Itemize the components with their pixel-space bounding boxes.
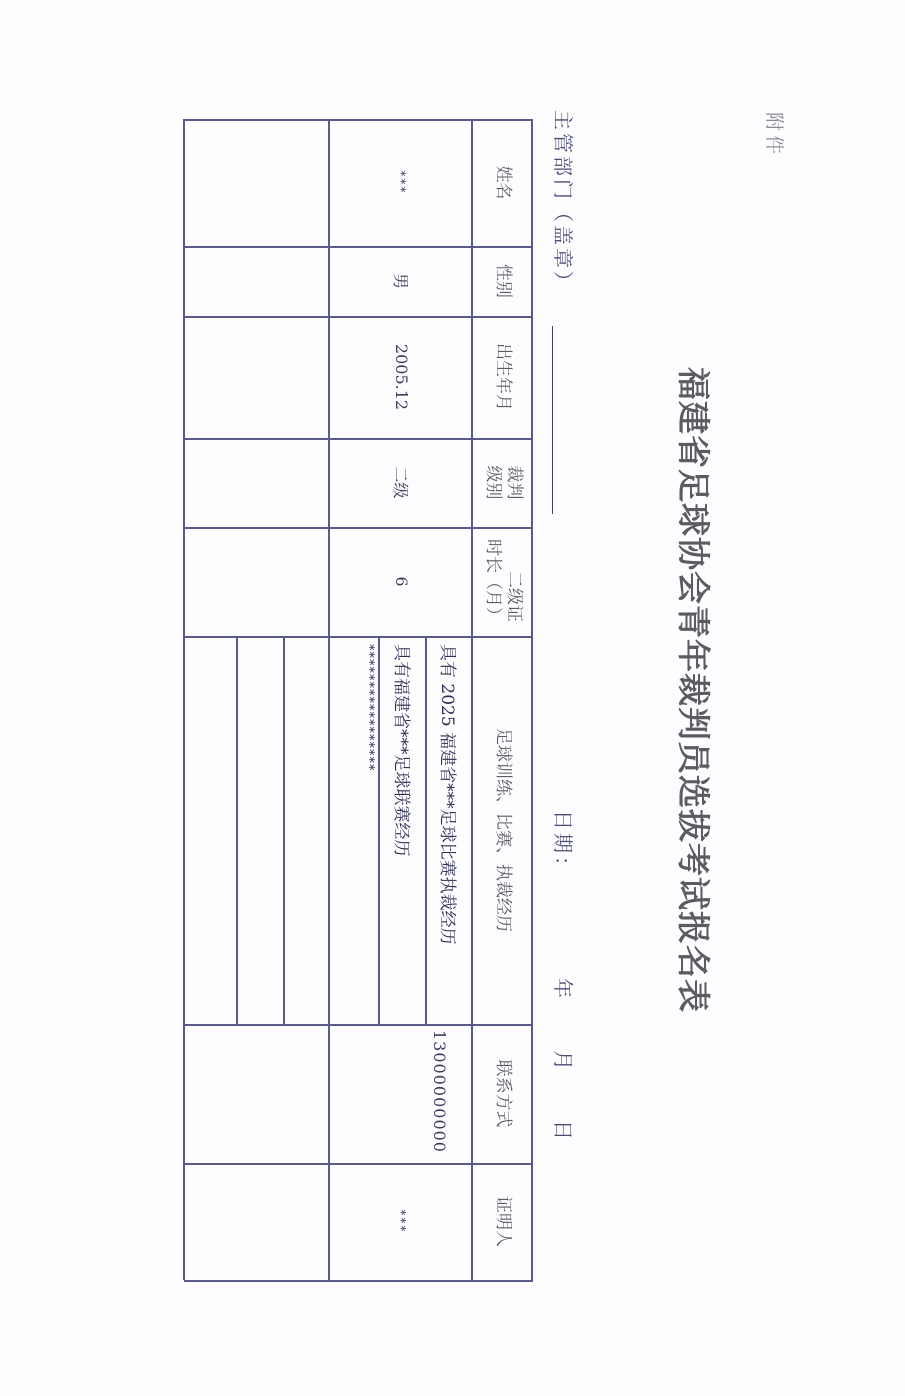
header-duration-line2: 时长（月） [482, 539, 503, 624]
cell-name[interactable] [185, 119, 330, 246]
experience-line[interactable] [238, 636, 285, 1024]
header-gender: 性别 [473, 246, 533, 316]
registration-form-page: 附件 福建省足球协会青年裁判员选拔考试报名表 主管部门（盖章） 日期： 年 月 … [0, 0, 905, 1396]
header-duration-line1: 二级证 [503, 571, 524, 622]
experience-line[interactable]: ***************** [350, 636, 380, 1024]
cell-gender[interactable]: 男 [330, 246, 473, 316]
header-level-line1: 裁判 [503, 466, 524, 500]
cell-birth[interactable]: 2005.12 [330, 316, 473, 438]
header-name: 姓名 [473, 119, 533, 246]
cell-duration[interactable]: 6 [330, 527, 473, 636]
experience-line[interactable] [285, 636, 330, 1024]
cell-contact[interactable]: 13000000000 [330, 1024, 473, 1163]
header-duration: 二级证 时长（月） [473, 527, 533, 636]
table-border [184, 1280, 533, 1282]
department-signature-line[interactable] [552, 326, 553, 514]
experience-line[interactable] [185, 636, 238, 1024]
header-experience: 足球训练、比赛、执裁经历 [473, 636, 533, 1024]
header-witness: 证明人 [473, 1163, 533, 1280]
cell-duration[interactable] [185, 527, 330, 636]
header-birth: 出生年月 [473, 316, 533, 438]
header-contact: 联系方式 [473, 1024, 533, 1163]
page-title: 福建省足球协会青年裁判员选拔考试报名表 [672, 340, 719, 1040]
cell-level[interactable] [185, 438, 330, 527]
cell-level[interactable]: 二级 [330, 438, 473, 527]
attachment-label: 附件 [762, 112, 789, 158]
date-label: 日期： [550, 810, 579, 879]
cell-witness[interactable] [185, 1163, 330, 1280]
cell-witness[interactable]: *** [330, 1163, 473, 1280]
cell-birth[interactable] [185, 316, 330, 438]
experience-line[interactable]: 具有 2025 福建省***足球比赛执裁经历 [427, 636, 473, 1024]
experience-line[interactable]: 具有福建省***足球联赛经历 [380, 636, 427, 1024]
department-seal-label: 主管部门（盖章） [550, 110, 579, 294]
header-level: 裁判 级别 [473, 438, 533, 527]
cell-gender[interactable] [185, 246, 330, 316]
cell-contact[interactable] [185, 1024, 330, 1163]
date-day-unit: 日 [550, 1120, 579, 1140]
cell-name[interactable]: *** [330, 119, 473, 246]
header-level-line2: 级别 [482, 466, 503, 500]
date-month-unit: 月 [550, 1050, 579, 1070]
date-year-unit: 年 [550, 978, 579, 998]
